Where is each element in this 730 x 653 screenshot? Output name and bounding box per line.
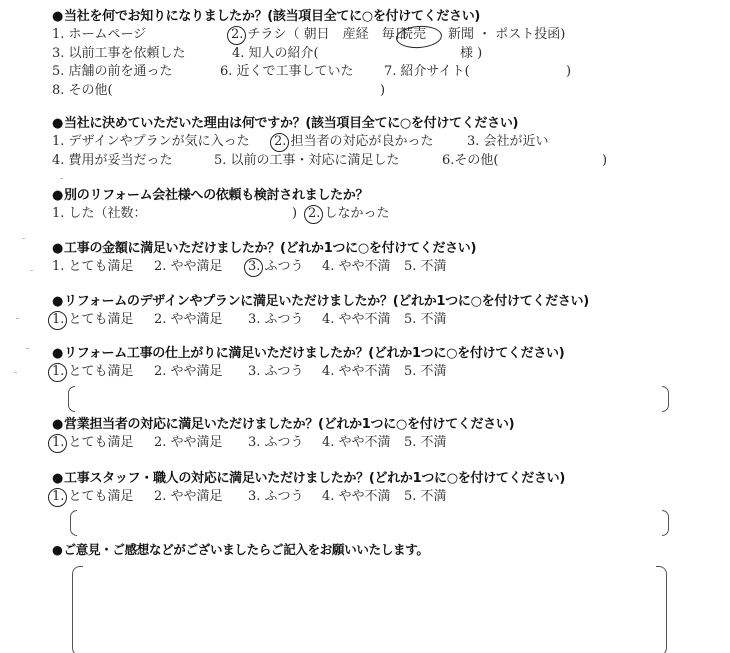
option-neutral[interactable]: 3. ふつう: [248, 434, 304, 452]
option-somewhat-satisfied[interactable]: 2. やや満足: [154, 488, 223, 506]
option-other[interactable]: 6.その他(: [442, 152, 498, 170]
option-somewhat-dissatisfied[interactable]: 4. やや不満: [322, 488, 391, 506]
option-dissatisfied[interactable]: 5. 不満: [404, 258, 447, 276]
option-very-satisfied-selected[interactable]: 1. とても満足: [52, 435, 134, 450]
option-dissatisfied[interactable]: 5. 不満: [404, 488, 447, 506]
option-nearby-work[interactable]: 6. 近くで工事していた: [220, 63, 354, 81]
option-referral-site[interactable]: 7. 紹介サイト(: [384, 63, 470, 81]
option-dissatisfied[interactable]: 5. 不満: [404, 363, 447, 381]
option-neutral-selected[interactable]: 3. ふつう: [248, 259, 304, 274]
option-somewhat-dissatisfied[interactable]: 4. やや不満: [322, 258, 391, 276]
question-other-companies: 別のリフォーム会社様への依頼も検討されましたか？ 1. した（社数： ) 2. …: [52, 187, 368, 224]
scan-speck: [26, 348, 29, 349]
comment-box-bracket-left: [72, 566, 83, 653]
option-very-satisfied-selected[interactable]: 1. とても満足: [52, 364, 134, 379]
question-finish-satisfaction: リフォーム工事の仕上がりに満足いただけましたか？(どれか1つに○を付けてください…: [52, 345, 564, 382]
comments-field[interactable]: [84, 570, 654, 650]
option-somewhat-dissatisfied[interactable]: 4. やや不満: [322, 434, 391, 452]
close-paren: ): [602, 152, 607, 170]
option-previous-work[interactable]: 3. 以前工事を依頼した: [52, 45, 186, 63]
options-row-1: 1. デザインやプランが気に入った 2. 担当者の対応が良かった 3. 会社が近…: [52, 133, 518, 152]
question-title: 営業担当者の対応に満足いただけましたか？(どれか1つに○を付けてください): [52, 416, 514, 434]
option-newspaper-post[interactable]: 新聞 ・ ポスト投函): [448, 26, 565, 44]
close-paren: ): [292, 205, 297, 223]
option-neutral[interactable]: 3. ふつう: [248, 488, 304, 506]
question-title: 別のリフォーム会社様への依頼も検討されましたか？: [52, 187, 368, 205]
option-very-satisfied[interactable]: 1. とても満足: [52, 258, 134, 276]
option-neutral[interactable]: 3. ふつう: [248, 311, 304, 329]
comment-box-bracket-right: [656, 566, 667, 653]
option-referral[interactable]: 4. 知人の紹介(: [232, 45, 319, 63]
option-somewhat-satisfied[interactable]: 2. やや満足: [154, 434, 223, 452]
option-dissatisfied[interactable]: 5. 不満: [404, 434, 447, 452]
option-neutral[interactable]: 3. ふつう: [248, 363, 304, 381]
rating-options: 1. とても満足 2. やや満足 3. ふつう 4. やや不満 5. 不満: [52, 488, 565, 507]
option-homepage[interactable]: 1. ホームページ: [52, 26, 146, 44]
option-somewhat-dissatisfied[interactable]: 4. やや不満: [322, 363, 391, 381]
option-somewhat-dissatisfied[interactable]: 4. やや不満: [322, 311, 391, 329]
option-dissatisfied[interactable]: 5. 不満: [404, 311, 447, 329]
option-very-satisfied-selected[interactable]: 1. とても満足: [52, 489, 134, 504]
option-design-plan[interactable]: 1. デザインやプランが気に入った: [52, 133, 250, 151]
comment-bracket-right: [662, 510, 669, 536]
rating-options: 1. とても満足 2. やや満足 3. ふつう 4. やや不満 5. 不満: [52, 434, 514, 453]
question-title: ご意見・ご感想などがございましたらご記入をお願いいたします。: [52, 541, 429, 559]
question-title: リフォーム工事の仕上がりに満足いただけましたか？(どれか1つに○を付けてください…: [52, 345, 564, 363]
rating-options: 1. とても満足 2. やや満足 3. ふつう 4. やや不満 5. 不満: [52, 363, 564, 382]
scan-speck: [16, 318, 19, 319]
comment-bracket-right: [662, 386, 669, 412]
option-fair-price[interactable]: 4. 費用が妥当だった: [52, 152, 173, 170]
scan-speck: [60, 178, 63, 179]
option-passed-store[interactable]: 5. 店舗の前を通った: [52, 63, 173, 81]
question-comments: ご意見・ご感想などがございましたらご記入をお願いいたします。: [52, 541, 429, 559]
option-referral-suffix: 様 ): [460, 45, 482, 63]
question-title: 工事の金額に満足いただけましたか？(どれか1つに○を付けてください): [52, 240, 476, 258]
question-title: 当社を何でお知りになりましたか？(該当項目全てに○を付けてください): [52, 8, 480, 26]
q8-comment-field[interactable]: [78, 510, 660, 534]
question-title: 工事スタッフ・職人の対応に満足いただけましたか？(どれか1つに○を付けてください…: [52, 470, 565, 488]
question-title: リフォームのデザインやプランに満足いただけましたか？(どれか1つに○を付けてくだ…: [52, 293, 589, 311]
question-design-satisfaction: リフォームのデザインやプランに満足いただけましたか？(どれか1つに○を付けてくだ…: [52, 293, 589, 330]
options-row-4: 8. その他( ): [52, 82, 480, 101]
option-company-near[interactable]: 3. 会社が近い: [467, 133, 549, 151]
option-did[interactable]: 1. した（社数：: [52, 205, 147, 223]
question-craftsman-satisfaction: 工事スタッフ・職人の対応に満足いただけましたか？(どれか1つに○を付けてください…: [52, 470, 565, 507]
question-why-chose-us: 当社に決めていただいた理由は何ですか？(該当項目全てに○を付けてください) 1.…: [52, 115, 518, 170]
comment-bracket-left: [70, 510, 77, 536]
question-sales-rep-satisfaction: 営業担当者の対応に満足いただけましたか？(どれか1つに○を付けてください) 1.…: [52, 416, 514, 453]
scan-speck: [22, 238, 25, 239]
options-row-2: 4. 費用が妥当だった 5. 以前の工事・対応に満足した 6.その他( ): [52, 152, 518, 171]
scan-speck: [14, 372, 17, 373]
close-paren: ): [380, 82, 385, 100]
option-somewhat-satisfied[interactable]: 2. やや満足: [154, 258, 223, 276]
option-somewhat-satisfied[interactable]: 2. やや満足: [154, 363, 223, 381]
options-row-3: 5. 店舗の前を通った 6. 近くで工事していた 7. 紹介サイト( ): [52, 63, 480, 82]
question-how-did-you-know: 当社を何でお知りになりましたか？(該当項目全てに○を付けてください) 1. ホー…: [52, 8, 480, 100]
scan-speck: [30, 270, 33, 271]
question-price-satisfaction: 工事の金額に満足いただけましたか？(どれか1つに○を付けてください) 1. とて…: [52, 240, 476, 277]
option-other[interactable]: 8. その他(: [52, 82, 113, 100]
option-very-satisfied-selected[interactable]: 1. とても満足: [52, 312, 134, 327]
options-row-1: 1. した（社数： ) 2. しなかった: [52, 205, 368, 224]
option-previous-satisfied[interactable]: 5. 以前の工事・対応に満足した: [214, 152, 400, 170]
option-somewhat-satisfied[interactable]: 2. やや満足: [154, 311, 223, 329]
q6-comment-field[interactable]: [76, 386, 660, 410]
option-did-not-selected[interactable]: 2. しなかった: [308, 206, 390, 221]
close-paren: ): [566, 63, 571, 81]
rating-options: 1. とても満足 2. やや満足 3. ふつう 4. やや不満 5. 不満: [52, 258, 476, 277]
rating-options: 1. とても満足 2. やや満足 3. ふつう 4. やや不満 5. 不満: [52, 311, 589, 330]
question-title: 当社に決めていただいた理由は何ですか？(該当項目全てに○を付けてください): [52, 115, 518, 133]
option-staff-response-selected[interactable]: 2. 担当者の対応が良かった: [274, 134, 434, 149]
option-flyer-selected[interactable]: 2. チラシ（ 朝日 産経 毎日: [231, 27, 408, 42]
comment-bracket-left: [68, 386, 75, 412]
